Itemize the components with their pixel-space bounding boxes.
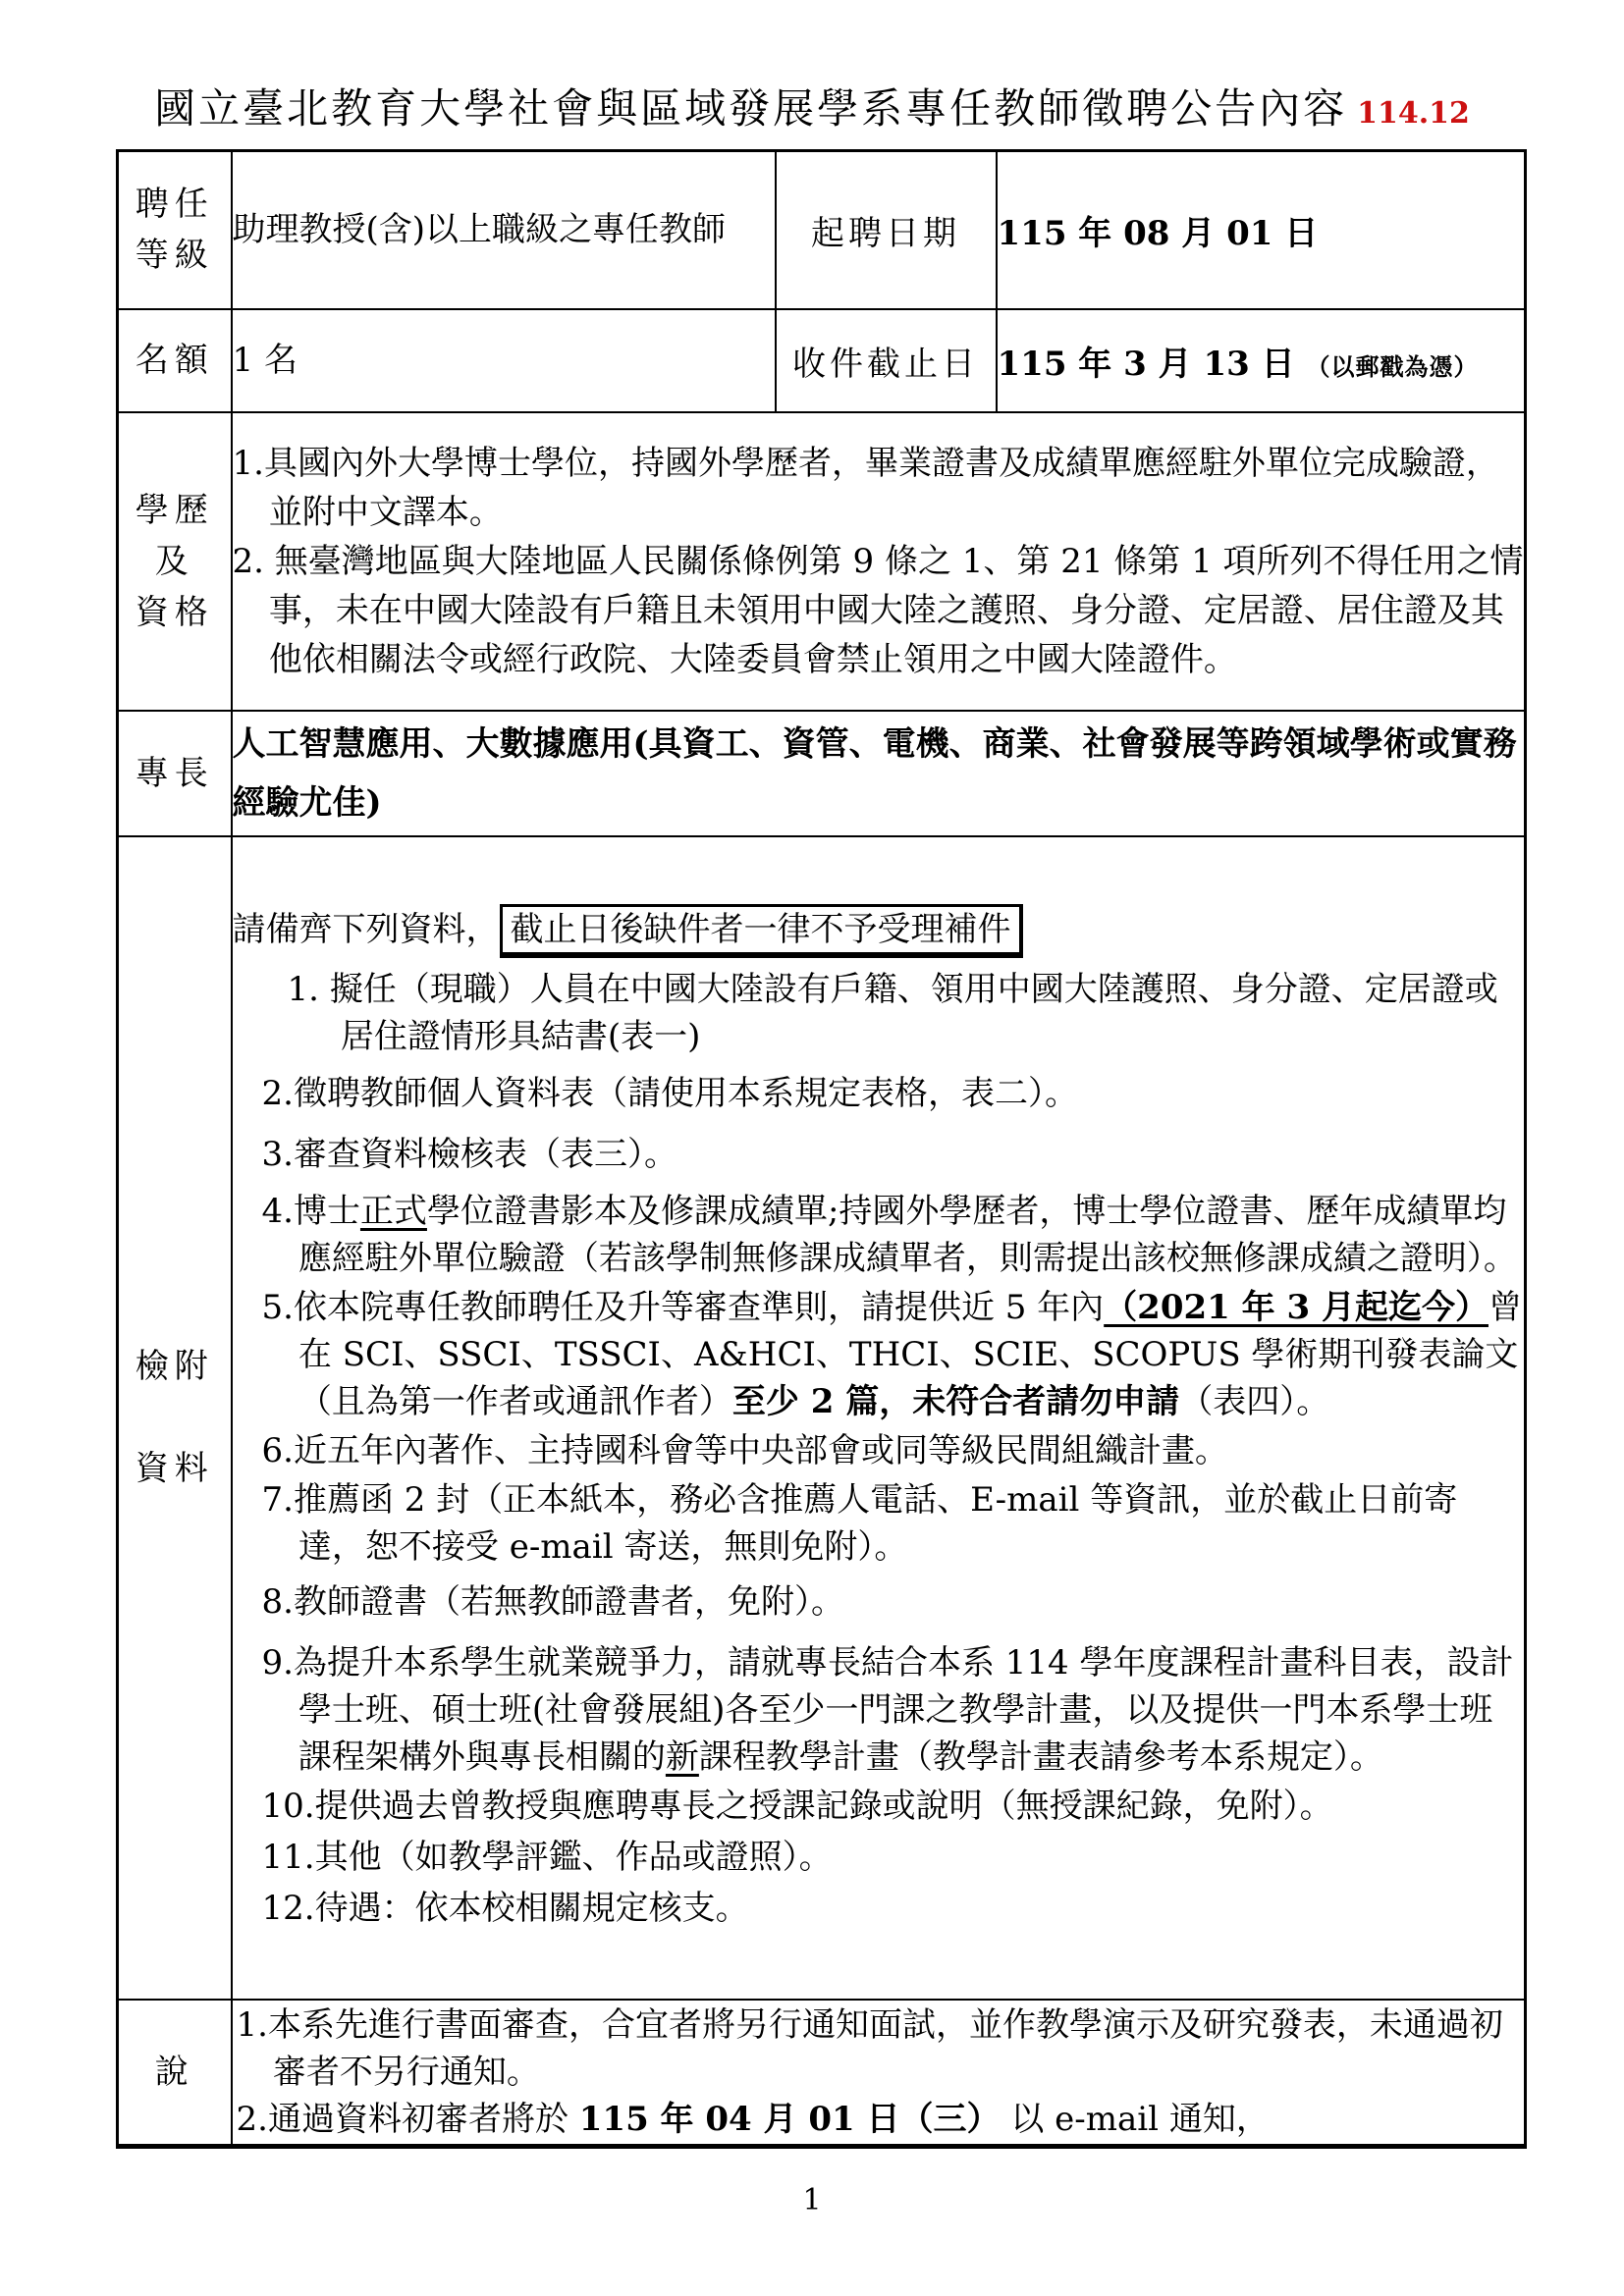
quota-label: 名額 xyxy=(118,309,232,412)
row-education: 學歷 及 資格 1.具國內外大學博士學位，持國外學歷者，畢業證書及成績單應經駐外… xyxy=(118,412,1526,711)
start-date-label: 起聘日期 xyxy=(776,151,997,309)
deadline-label: 收件截止日 xyxy=(776,309,997,412)
deadline-date: 115 年 3 月 13 日 xyxy=(998,345,1295,384)
attach-item-7: 7.推薦函 2 封（正本紙本，務必含推薦人電話、E-mail 等資訊，並於截止日… xyxy=(262,1476,1525,1571)
page-title-text: 國立臺北教育大學社會與區域發展學系專任教師徵聘公告內容 xyxy=(154,84,1347,133)
row-rank: 聘任 等級 助理教授(含)以上職級之專任教師 起聘日期 115 年 08 月 0… xyxy=(118,151,1526,309)
notes-label: 說 xyxy=(118,2000,232,2147)
attach-item-9: 9.為提升本系學生就業競爭力，請就專長結合本系 114 學年度課程計畫科目表，設… xyxy=(262,1639,1525,1781)
recruitment-table: 聘任 等級 助理教授(含)以上職級之專任教師 起聘日期 115 年 08 月 0… xyxy=(116,149,1524,2149)
attach-item-6: 6.近五年內著作、主持國科會等中央部會或同等級民間組織計畫。 xyxy=(262,1427,1525,1474)
attach-item-2: 2.徵聘教師個人資料表（請使用本系規定表格，表二）。 xyxy=(262,1070,1525,1117)
education-label: 學歷 及 資格 xyxy=(118,412,232,711)
specialty-label: 專長 xyxy=(118,711,232,836)
recruitment-grid: 聘任 等級 助理教授(含)以上職級之專任教師 起聘日期 115 年 08 月 0… xyxy=(116,149,1527,2149)
row-attachments: 檢附 資料 請備齊下列資料，截止日後缺件者一律不予受理補件 1. 擬任（現職）人… xyxy=(118,836,1526,2000)
row-specialty: 專長 人工智慧應用、大數據應用(具資工、資管、電機、商業、社會發展等跨領域學術或… xyxy=(118,711,1526,836)
deadline-value: 115 年 3 月 13 日 （以郵戳為憑） xyxy=(997,309,1526,412)
quota-value: 1 名 xyxy=(232,309,776,412)
row-quota: 名額 1 名 收件截止日 115 年 3 月 13 日 （以郵戳為憑） xyxy=(118,309,1526,412)
specialty-content: 人工智慧應用、大數據應用(具資工、資管、電機、商業、社會發展等跨領域學術或實務經… xyxy=(232,711,1526,836)
attachments-boxed-note: 截止日後缺件者一律不予受理補件 xyxy=(500,904,1023,958)
version-badge: 114.12 xyxy=(1357,96,1470,131)
notes-item-1: 1.本系先進行書面審查，合宜者將另行通知面試，並作教學演示及研究發表，未通過初審… xyxy=(237,2002,1525,2096)
deadline-note: （以郵戳為憑） xyxy=(1306,352,1478,381)
rank-value: 助理教授(含)以上職級之專任教師 xyxy=(232,151,776,309)
notes-item-2: 2.通過資料初審者將於 115 年 04 月 01 日（三） 以 e-mail … xyxy=(237,2096,1525,2143)
attachments-label: 檢附 資料 xyxy=(118,836,232,2000)
attach-item-12: 12.待遇：依本校相關規定核支。 xyxy=(262,1885,1525,1932)
row-notes: 說 1.本系先進行書面審查，合宜者將另行通知面試，並作教學演示及研究發表，未通過… xyxy=(118,2000,1526,2147)
attachments-intro-text: 請備齊下列資料， xyxy=(233,910,500,949)
education-content: 1.具國內外大學博士學位，持國外學歷者，畢業證書及成績單應經駐外單位完成驗證，並… xyxy=(232,412,1526,711)
attach-item-8: 8.教師證書（若無教師證書者，免附）。 xyxy=(262,1578,1525,1626)
page-number: 1 xyxy=(0,2183,1624,2217)
attach-item-1: 1. 擬任（現職）人員在中國大陸設有戶籍、領用中國大陸護照、身分證、定居證或居住… xyxy=(288,966,1525,1060)
attach-item-11: 11.其他（如教學評鑑、作品或證照）。 xyxy=(262,1834,1525,1881)
education-item-2: 2. 無臺灣地區與大陸地區人民關係條例第 9 條之 1、第 21 條第 1 項所… xyxy=(233,537,1525,684)
start-date-value: 115 年 08 月 01 日 xyxy=(997,151,1526,309)
attach-item-3: 3.審查資料檢核表（表三）。 xyxy=(262,1131,1525,1178)
attach-item-4: 4.博士正式學位證書影本及修課成績單;持國外學歷者，博士學位證書、歷年成績單均應… xyxy=(262,1188,1525,1282)
attach-item-5: 5.依本院專任教師聘任及升等審查準則，請提供近 5 年內（2021 年 3 月起… xyxy=(262,1284,1525,1425)
attachments-content: 請備齊下列資料，截止日後缺件者一律不予受理補件 1. 擬任（現職）人員在中國大陸… xyxy=(232,836,1526,2000)
rank-label: 聘任 等級 xyxy=(118,151,232,309)
attachments-intro: 請備齊下列資料，截止日後缺件者一律不予受理補件 xyxy=(233,904,1525,958)
attach-item-10: 10.提供過去曾教授與應聘專長之授課記錄或說明（無授課紀錄，免附）。 xyxy=(262,1783,1525,1830)
page-title: 國立臺北教育大學社會與區域發展學系專任教師徵聘公告內容114.12 xyxy=(0,75,1624,148)
notes-content: 1.本系先進行書面審查，合宜者將另行通知面試，並作教學演示及研究發表，未通過初審… xyxy=(232,2000,1526,2147)
education-item-1: 1.具國內外大學博士學位，持國外學歷者，畢業證書及成績單應經駐外單位完成驗證，並… xyxy=(233,439,1525,537)
